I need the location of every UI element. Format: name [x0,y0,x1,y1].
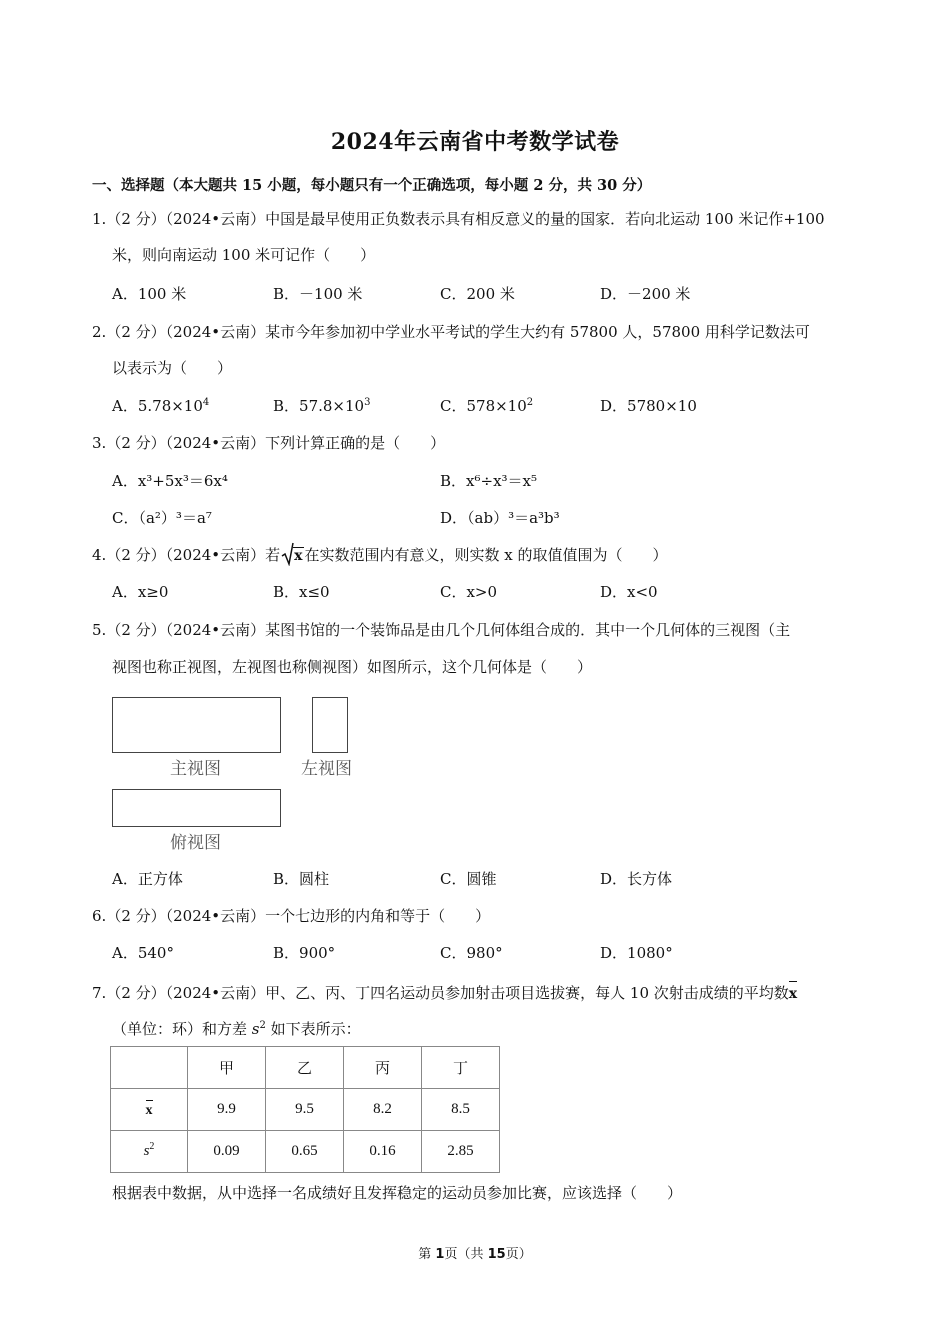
question-5-stem-line2: 视图也称正视图，左视图也称侧视图）如图所示，这个几何体是（ ） [112,657,592,677]
option-c[interactable]: C．x>0 [440,582,497,602]
question-3-stem: 3.（2 分）（2024•云南）下列计算正确的是（ ） [92,433,445,453]
option-c[interactable]: C．200 米 [440,284,515,304]
question-7-stem-line3: 根据表中数据，从中选择一名成绩好且发挥稳定的运动员参加比赛，应该选择（ ） [112,1183,682,1203]
front-view-label: 主视图 [170,754,221,779]
option-a[interactable]: A．5.78×104 [112,396,209,416]
left-view-label: 左视图 [301,754,352,779]
top-view-label: 俯视图 [170,828,221,853]
option-a[interactable]: A．540° [112,943,174,963]
sqrt-icon: x [281,545,303,566]
question-7-stem: 7.（2 分）（2024•云南）甲、乙、丙、丁四名运动员参加射击项目选拔赛，每人… [92,982,797,1004]
option-a[interactable]: A．100 米 [112,284,186,304]
option-d[interactable]: D．长方体 [600,869,672,889]
option-a[interactable]: A．正方体 [112,869,183,889]
option-d[interactable]: D．1080° [600,943,673,963]
option-a[interactable]: A．x≥0 [112,582,168,602]
option-c[interactable]: C．圆锥 [440,869,496,889]
stats-table: 甲 乙 丙 丁 x 9.9 9.5 8.2 8.5 s2 0.09 0.65 0… [110,1046,500,1173]
question-4-stem: 4.（2 分）（2024•云南）若x在实数范围内有意义，则实数 x 的取值值围为… [92,545,668,566]
front-view-rect [112,697,281,753]
option-b[interactable]: B．900° [273,943,335,963]
left-view-rect [312,697,348,753]
option-d[interactable]: D．－200 米 [600,284,690,304]
table-header-row: 甲 乙 丙 丁 [111,1047,500,1089]
page-title: 2024年云南省中考数学试卷 [0,125,950,156]
option-d[interactable]: D．x<0 [600,582,658,602]
question-6-stem: 6.（2 分）（2024•云南）一个七边形的内角和等于（ ） [92,906,490,926]
top-view-rect [112,789,281,827]
mean-symbol: x [789,982,797,1004]
question-1-stem: 1.（2 分）（2024•云南）中国是最早使用正负数表示具有相反意义的量的国家．… [92,209,825,229]
option-b[interactable]: B．－100 米 [273,284,362,304]
question-7-stem-line2: （单位：环）和方差 s2 如下表所示： [112,1019,361,1039]
option-a[interactable]: A．x³+5x³＝6x⁴ [112,471,228,491]
option-c[interactable]: C．（a²）³＝a⁷ [112,508,212,528]
option-b[interactable]: B．x⁶÷x³＝x⁵ [440,471,537,491]
question-5-stem: 5.（2 分）（2024•云南）某图书馆的一个装饰品是由几个几何体组合成的．其中… [92,620,790,640]
option-b[interactable]: B．57.8×103 [273,396,370,416]
page-footer: 第 1页（共 15页） [0,1243,950,1262]
option-d[interactable]: D．5780×10 [600,396,697,416]
option-c[interactable]: C．980° [440,943,503,963]
option-d[interactable]: D．（ab）³＝a³b³ [440,508,560,528]
question-2-stem: 2.（2 分）（2024•云南）某市今年参加初中学业水平考试的学生大约有 578… [92,322,810,342]
option-b[interactable]: B．圆柱 [273,869,329,889]
mean-symbol: x [146,1101,153,1119]
option-c[interactable]: C．578×102 [440,396,533,416]
option-b[interactable]: B．x≤0 [273,582,330,602]
question-2-stem-line2: 以表示为（ ） [112,358,232,378]
question-1-stem-line2: 米，则向南运动 100 米可记作（ ） [112,245,375,265]
table-row-mean: x 9.9 9.5 8.2 8.5 [111,1089,500,1131]
section-heading: 一、选择题（本大题共 15 小题，每小题只有一个正确选项，每小题 2 分，共 3… [92,174,651,195]
table-row-variance: s2 0.09 0.65 0.16 2.85 [111,1131,500,1173]
